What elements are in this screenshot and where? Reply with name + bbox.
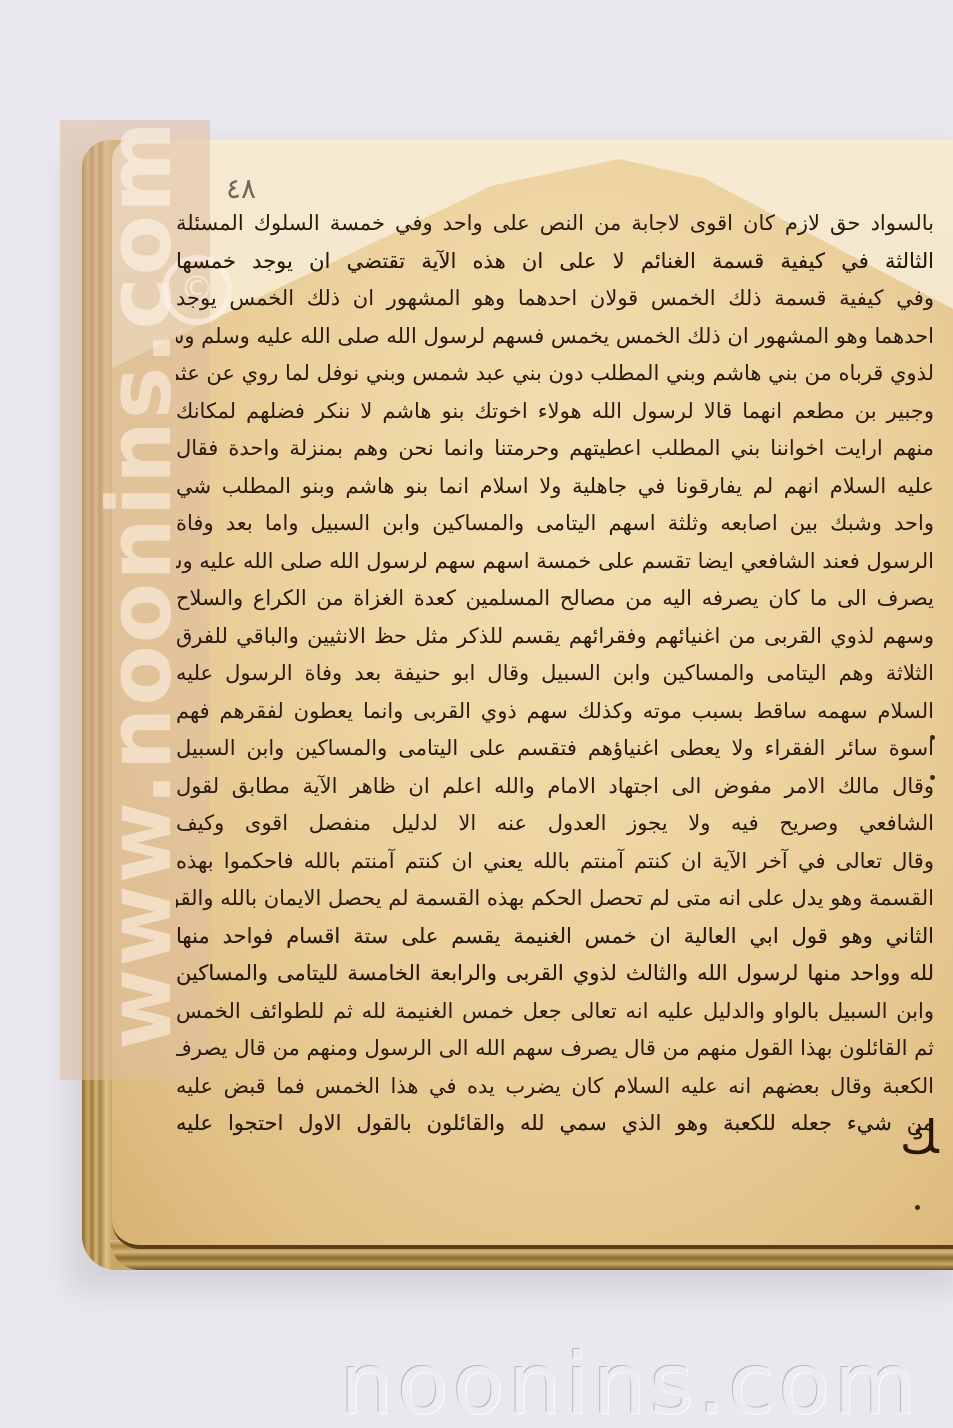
text-line: وجبير بن مطعم انهما قالا لرسول الله هولا…	[176, 393, 934, 431]
text-line: عليه السلام انهم لم يفارقونا في جاهلية و…	[176, 468, 934, 506]
text-line: لذوي قرباه من بني هاشم وبني المطلب دون ب…	[176, 355, 934, 393]
text-line: وقال مالك الامر مفوض الى اجتهاد الامام و…	[176, 768, 934, 806]
ink-dot	[915, 1205, 920, 1210]
text-line: لله وواحد منها لرسول الله والثالث لذوي ا…	[176, 955, 934, 993]
text-line: الثلاثة وهم اليتامى والمساكين وابن السبي…	[176, 655, 934, 693]
text-line: الثالثة في كيفية قسمة الغنائم لا على ان …	[176, 243, 934, 281]
ink-dot	[930, 735, 935, 740]
text-line: اسوة سائر الفقراء ولا يعطى اغنياؤهم فتقس…	[176, 730, 934, 768]
text-line: وابن السبيل بالواو والدليل عليه انه تعال…	[176, 993, 934, 1031]
text-line: وفي كيفية قسمة ذلك الخمس قولان احدهما وه…	[176, 280, 934, 318]
text-line: وقال تعالى في آخر الآية ان كنتم آمنتم با…	[176, 843, 934, 881]
manuscript-text-block: بالسواد حق لازم كان اقوى لاجابة من النص …	[176, 205, 934, 1143]
bottom-watermark: noonins.com	[340, 1335, 920, 1428]
text-line: وسهم لذوي القربى من اغنيائهم وفقرائهم يق…	[176, 618, 934, 656]
text-line: واحد وشبك بين اصابعه وثلثة اسهم اليتامى …	[176, 505, 934, 543]
text-line: السلام سهمه ساقط بسبب موته وكذلك سهم ذوي…	[176, 693, 934, 731]
text-line: الشافعي وصريح فيه ولا يجوز العدول عنه ال…	[176, 805, 934, 843]
catchword-mark: ﻚ	[900, 1110, 939, 1164]
text-line: بالسواد حق لازم كان اقوى لاجابة من النص …	[176, 205, 934, 243]
text-line: الثاني وهو قول ابي العالية ان خمس الغنيم…	[176, 918, 934, 956]
text-line: من شيء جعله للكعبة وهو الذي سمي لله والق…	[176, 1105, 934, 1143]
ink-dot	[930, 775, 935, 780]
text-line: القسمة وهو يدل على انه متى لم تحصل الحكم…	[176, 880, 934, 918]
folio-number: ٤٨	[226, 172, 256, 205]
text-line: احدهما وهو المشهور ان ذلك الخمس يخمس فسه…	[176, 318, 934, 356]
text-line: يصرف الى ما كان يصرفه اليه من مصالح المس…	[176, 580, 934, 618]
text-line: الكعبة وقال بعضهم انه عليه السلام كان يض…	[176, 1068, 934, 1106]
text-line: الرسول فعند الشافعي ايضا تقسم على خمسة ا…	[176, 543, 934, 581]
text-line: منهم ارايت اخواننا بني المطلب اعطيتهم وح…	[176, 430, 934, 468]
text-line: ثم القائلون بهذا القول منهم من قال يصرف …	[176, 1030, 934, 1068]
